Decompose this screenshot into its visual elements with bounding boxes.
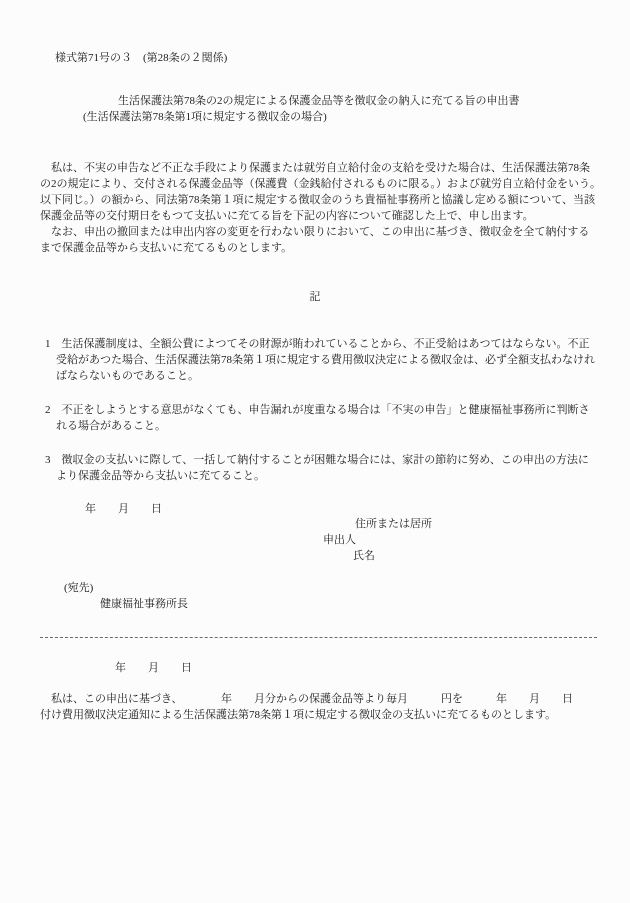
addressee-prefix: (宛先) [64, 580, 93, 596]
signature-date-field: 年 月 日 [85, 501, 162, 517]
item-1-line-2: 受給があつた場合、生活保護法第78条第１項に規定する費用徴収決定による徴収金は、… [56, 352, 595, 368]
item-3-line-1: 3 徴収金の支払いに際して、一括して納付することが困難な場合には、家計の節約に努… [45, 452, 589, 468]
addressee-title: 健康福祉事務所長 [100, 596, 188, 612]
preamble-line-5: なお、申出の撤回または申出内容の変更を行わない限りにおいて、この申出に基づき、徴… [40, 224, 589, 240]
form-title-line1: 生活保護法第78条の2の規定による保護金品等を徴収金の納入に充てる旨の申出書 [118, 93, 520, 109]
form-document-page: 様式第71号の３ (第28条の２関係) 生活保護法第78条の2の規定による保護金… [0, 0, 630, 903]
item-2-line-2: れる場合があること。 [56, 418, 166, 434]
preamble-line-3: 以下同じ。）の額から、同法第78条第１項に規定する徴収金のうち貴福祉事務所と協議… [40, 192, 595, 208]
address-label: 住所または居所 [355, 516, 432, 532]
preamble-line-1: 私は、不実の申告など不正な手段により保護または就労自立給付金の支給を受けた場合は… [40, 160, 590, 176]
preamble-line-4: 保護金品等の交付期日をもつて支払いに充てる旨を下記の内容について確認した上で、申… [40, 208, 534, 224]
preamble-line-2: の2の規定により、交付される保護金品等（保護費（金銭給付されるものに限る。）およ… [40, 176, 601, 192]
name-label: 氏名 [353, 548, 375, 564]
slip-date-field: 年 月 日 [115, 660, 192, 676]
form-number: 様式第71号の３ (第28条の２関係) [55, 50, 227, 66]
section-marker-ki: 記 [0, 289, 630, 305]
slip-body-line-2: 付け費用徴収決定通知による生活保護法第78条第１項に規定する徴収金の支払いに充て… [40, 707, 556, 723]
preamble-line-6: まで保護金品等から支払いに充てるものとします。 [40, 240, 292, 256]
item-3-line-2: より保護金品等から支払いに充てること。 [56, 468, 265, 484]
cut-line [40, 637, 597, 638]
item-1-line-1: 1 生活保護制度は、全額公費によつてその財源が賄われていることから、不正受給はあ… [45, 336, 590, 352]
item-2-line-1: 2 不正をしようとする意思がなくても、申告漏れが度重なる場合は「不実の申告」と健… [45, 402, 590, 418]
slip-body-line-1: 私は、この申出に基づき、 年 月分からの保護金品等より毎月 円を 年 月 日 [40, 691, 573, 707]
form-title-line2: (生活保護法第78条第1項に規定する徴収金の場合) [83, 109, 327, 125]
item-1-line-3: ばならないものであること。 [56, 368, 199, 384]
applicant-label: 申出人 [323, 532, 356, 548]
